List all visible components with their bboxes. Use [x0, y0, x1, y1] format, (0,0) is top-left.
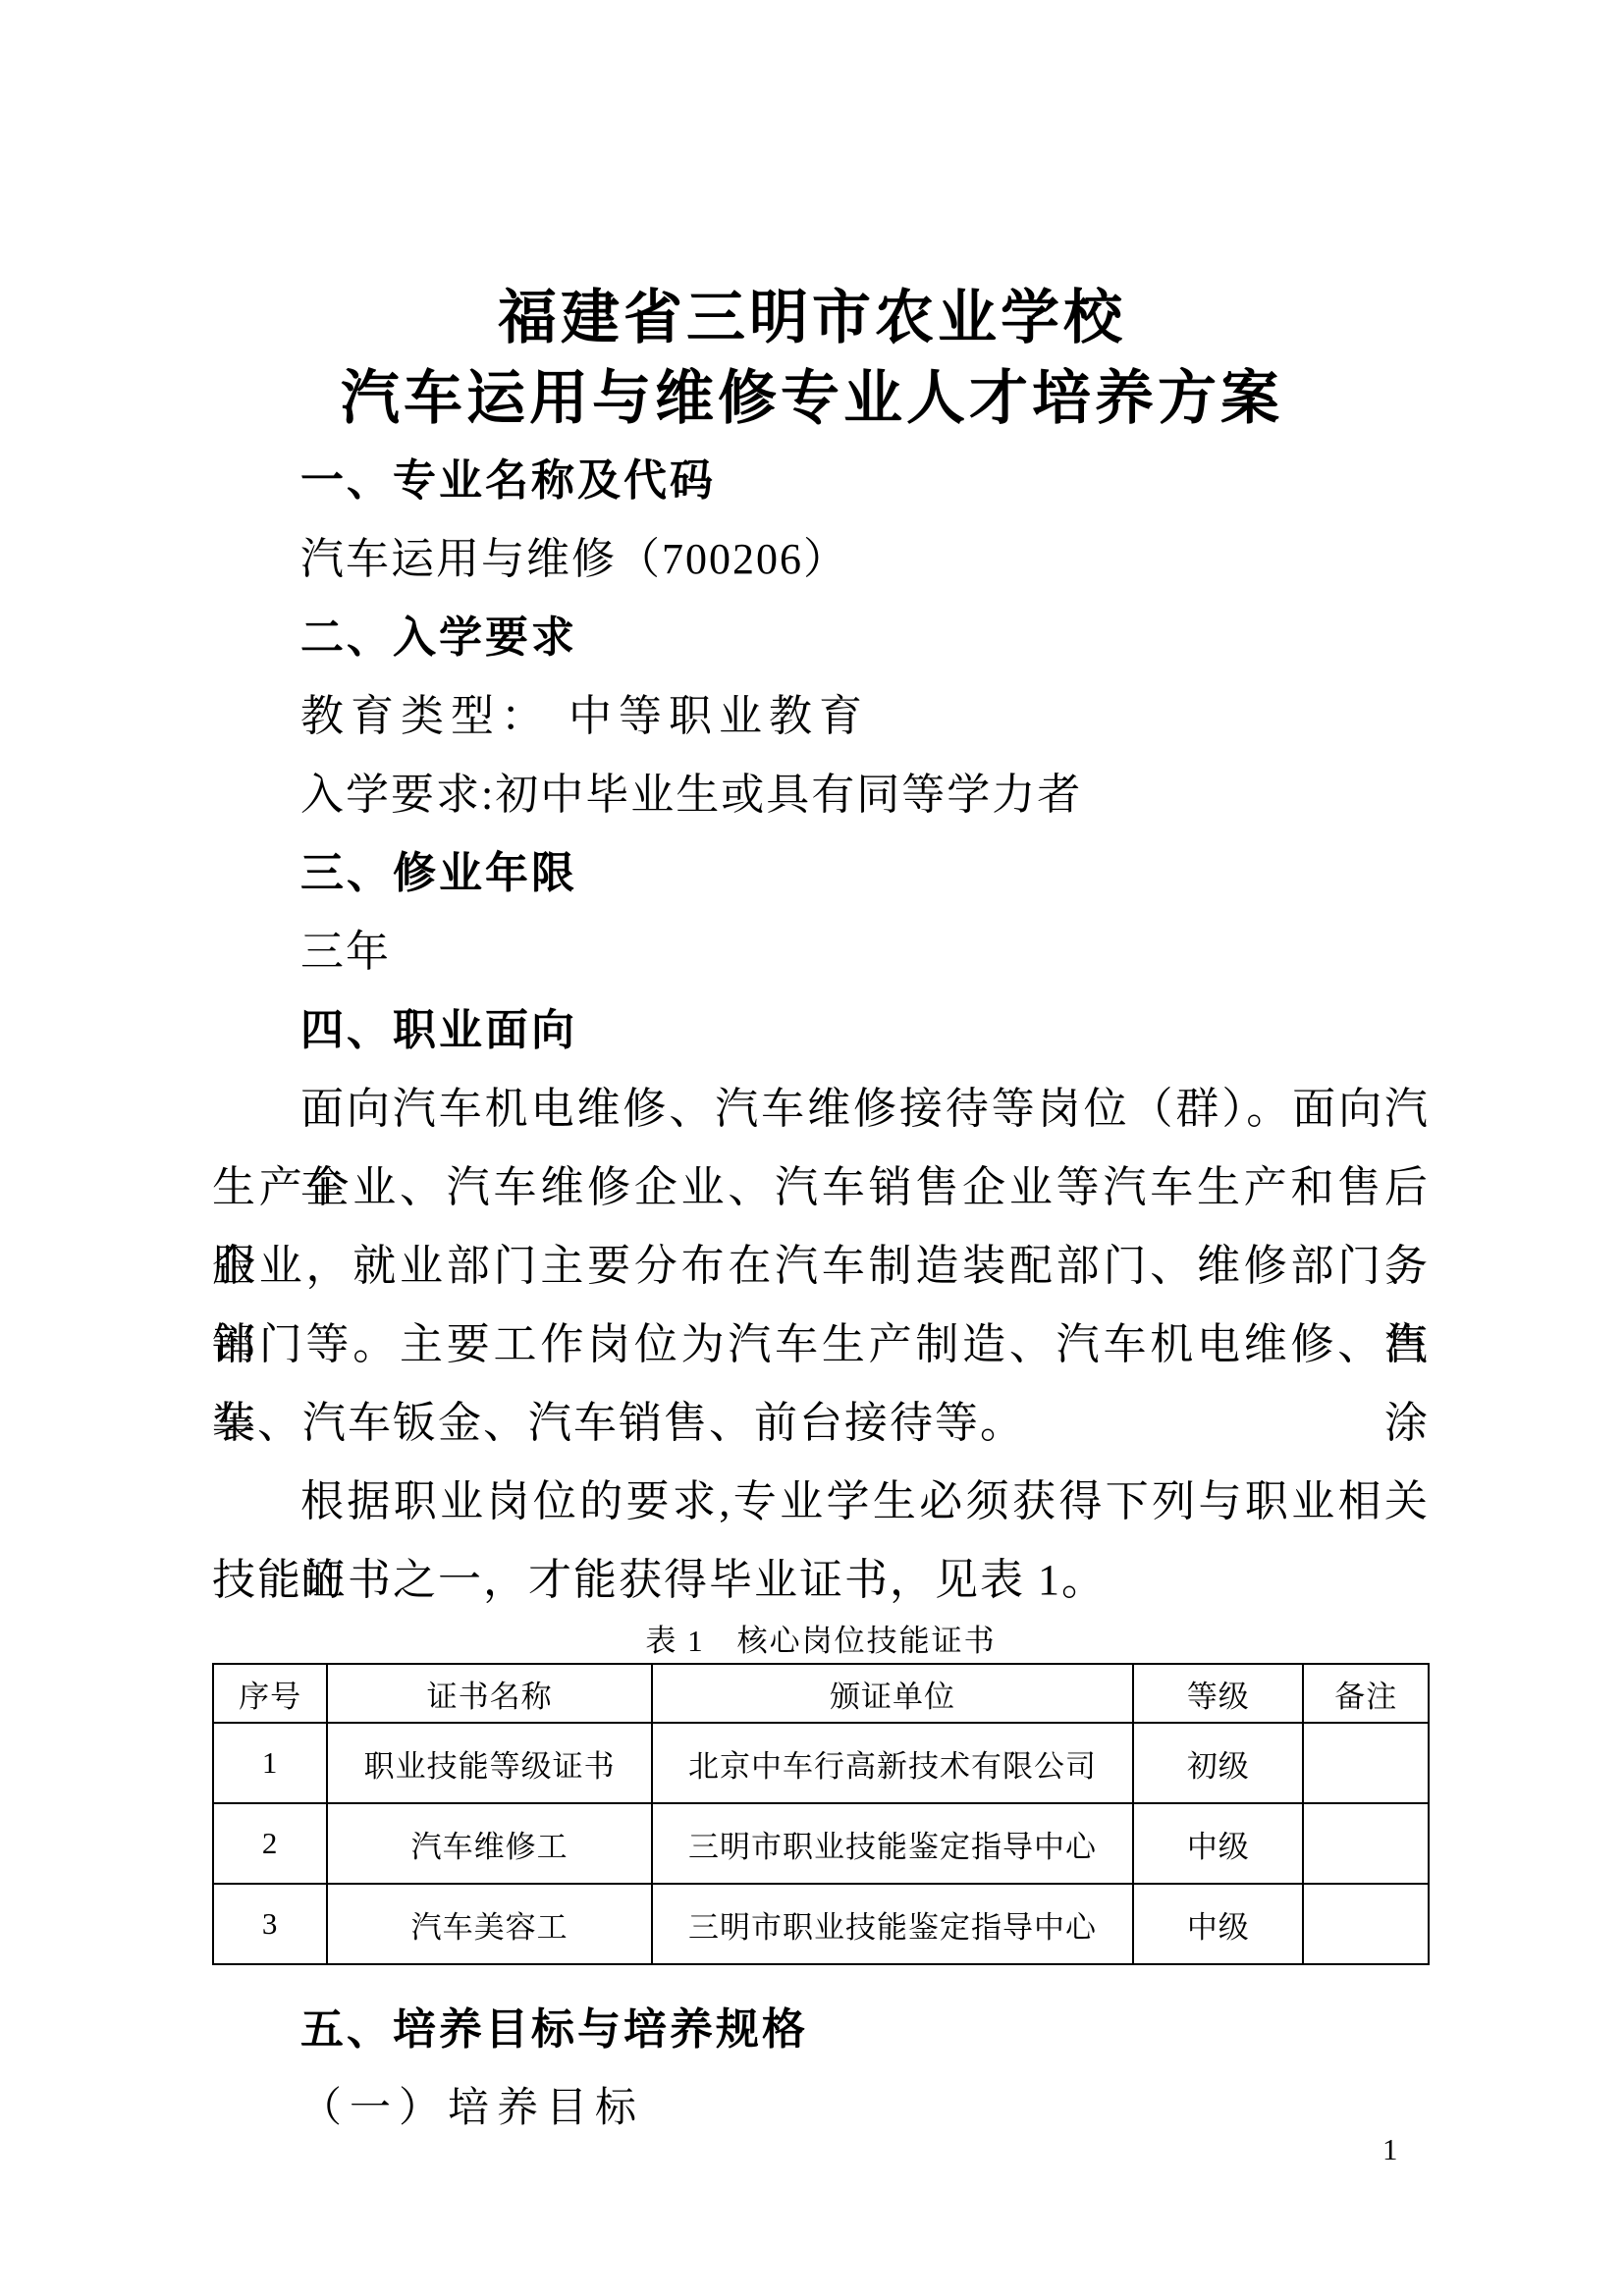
section-heading-2: 二、入学要求: [212, 599, 1430, 677]
body-line-entry-requirement: 入学要求:初中毕业生或具有同等学力者: [212, 756, 1430, 834]
table-row: 2 汽车维修工 三明市职业技能鉴定指导中心 中级: [213, 1803, 1429, 1884]
table-cell: 1: [213, 1723, 327, 1803]
section-heading-5: 五、培养目标与培养规格: [212, 1991, 1430, 2069]
table-row: 3 汽车美容工 三明市职业技能鉴定指导中心 中级: [213, 1884, 1429, 1964]
table-cell: 三明市职业技能鉴定指导中心: [652, 1884, 1133, 1964]
section-heading-3: 三、修业年限: [212, 834, 1430, 913]
table-header-cell: 证书名称: [327, 1664, 652, 1723]
paragraph-line: 企业，就业部门主要分布在汽车制造装配部门、维修部门、销售: [212, 1227, 1430, 1306]
table-cell: 三明市职业技能鉴定指导中心: [652, 1803, 1133, 1884]
body-line-major-code: 汽车运用与维修（700206）: [212, 520, 1430, 599]
table-cell: 初级: [1133, 1723, 1303, 1803]
body-line-duration: 三年: [212, 913, 1430, 991]
table-header-row: 序号 证书名称 颁证单位 等级 备注: [213, 1664, 1429, 1723]
page-number: 1: [1382, 2130, 1398, 2169]
certificate-table: 序号 证书名称 颁证单位 等级 备注 1 职业技能等级证书 北京中车行高新技术有…: [212, 1663, 1430, 1965]
section-heading-4: 四、职业面向: [212, 991, 1430, 1070]
table-cell: 北京中车行高新技术有限公司: [652, 1723, 1133, 1803]
table-cell: 汽车美容工: [327, 1884, 652, 1964]
table-cell: [1303, 1723, 1429, 1803]
document-title-line-1: 福建省三明市农业学校: [0, 0, 1624, 353]
table-cell: 中级: [1133, 1884, 1303, 1964]
table-cell: [1303, 1884, 1429, 1964]
table-caption: 表 1 核心岗位技能证书: [212, 1620, 1430, 1663]
subsection-heading-1: （一）培养目标: [212, 2069, 1430, 2148]
table-cell: 职业技能等级证书: [327, 1723, 652, 1803]
document-page: 福建省三明市农业学校 汽车运用与维修专业人才培养方案 一、专业名称及代码 汽车运…: [0, 0, 1624, 2296]
paragraph-line: 根据职业岗位的要求,专业学生必须获得下列与职业相关的: [212, 1463, 1430, 1541]
document-title-line-2: 汽车运用与维修专业人才培养方案: [0, 363, 1624, 434]
table-header-cell: 颁证单位: [652, 1664, 1133, 1723]
table-header-cell: 序号: [213, 1664, 327, 1723]
table-header-cell: 备注: [1303, 1664, 1429, 1723]
table-cell: 汽车维修工: [327, 1803, 652, 1884]
paragraph-line: 部门等。主要工作岗位为汽车生产制造、汽车机电维修、汽车涂: [212, 1306, 1430, 1384]
document-body: 一、专业名称及代码 汽车运用与维修（700206） 二、入学要求 教育类型： 中…: [212, 442, 1430, 2148]
body-line-education-type: 教育类型： 中等职业教育: [212, 677, 1430, 756]
table-cell: [1303, 1803, 1429, 1884]
table-cell: 2: [213, 1803, 327, 1884]
section-heading-1: 一、专业名称及代码: [212, 442, 1430, 520]
table-header-cell: 等级: [1133, 1664, 1303, 1723]
paragraph-line: 面向汽车机电维修、汽车维修接待等岗位（群）。面向汽车: [212, 1070, 1430, 1148]
table-cell: 3: [213, 1884, 327, 1964]
paragraph-line: 生产企业、汽车维修企业、汽车销售企业等汽车生产和售后服务: [212, 1148, 1430, 1227]
paragraph-line: 技能证书之一，才能获得毕业证书，见表 1。: [212, 1541, 1430, 1620]
table-row: 1 职业技能等级证书 北京中车行高新技术有限公司 初级: [213, 1723, 1429, 1803]
table-cell: 中级: [1133, 1803, 1303, 1884]
